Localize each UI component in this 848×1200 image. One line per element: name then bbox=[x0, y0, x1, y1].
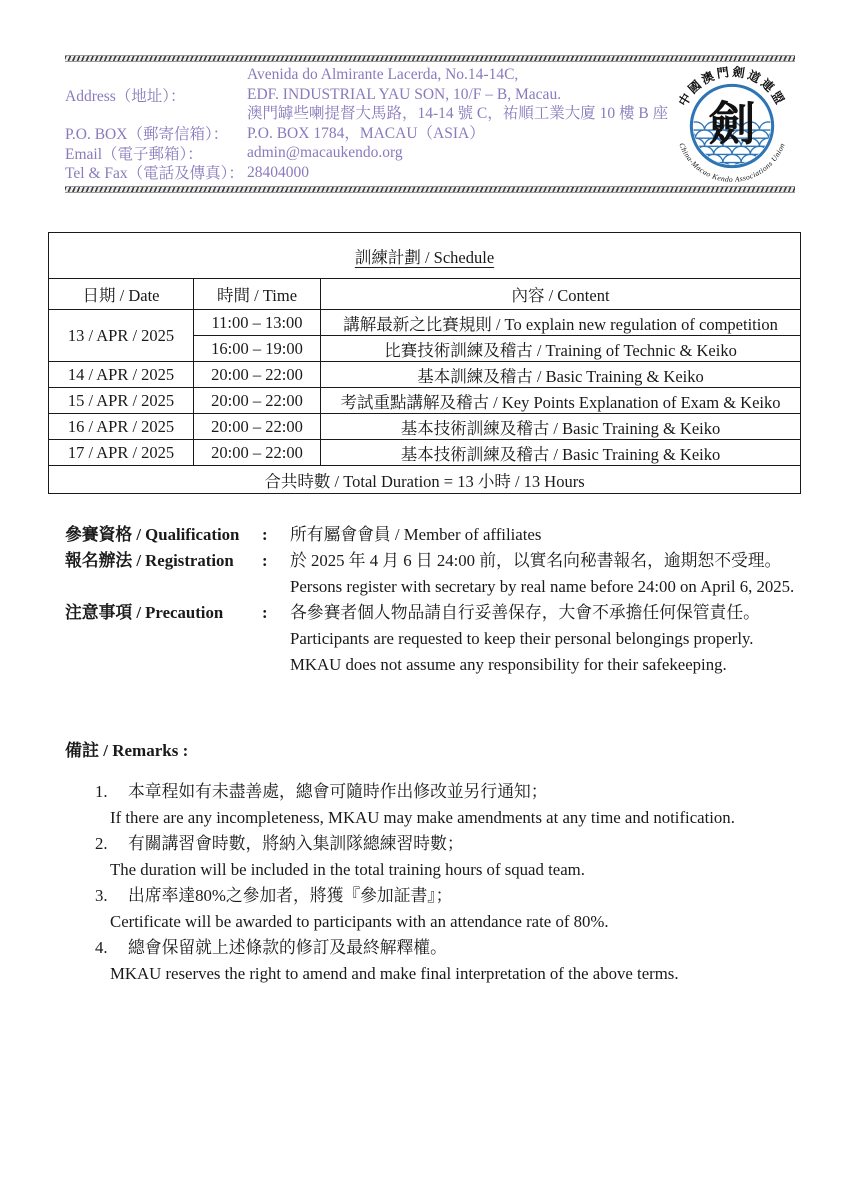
colon: : bbox=[262, 548, 290, 574]
schedule-title-row: 訓練計劃 / Schedule bbox=[49, 233, 801, 279]
schedule-title: 訓練計劃 / Schedule bbox=[49, 233, 801, 279]
remark-zh-text: 有關講習會時數，將納入集訓隊總練習時數； bbox=[128, 834, 464, 853]
kendo-union-logo-icon: 劍 中國澳門劍道連盟 China-Macao Kendo Association… bbox=[669, 63, 795, 189]
precaution-label: 注意事項 / Precaution bbox=[65, 600, 262, 626]
schedule-title-text: 訓練計劃 / Schedule bbox=[355, 248, 494, 267]
remark-en-text: Certificate will be awarded to participa… bbox=[110, 909, 848, 935]
remark-en-text: MKAU reserves the right to amend and mak… bbox=[110, 961, 848, 987]
schedule-total-row: 合共時數 / Total Duration = 13 小時 / 13 Hours bbox=[49, 466, 801, 494]
cell-time: 20:00 – 22:00 bbox=[194, 414, 321, 440]
cell-date: 13 / APR / 2025 bbox=[49, 310, 194, 362]
qualification-label: 參賽資格 / Qualification bbox=[65, 522, 262, 548]
cell-date: 17 / APR / 2025 bbox=[49, 440, 194, 466]
info-section: 參賽資格 / Qualification : 所有屬會會員 / Member o… bbox=[65, 522, 848, 678]
cell-content: 基本訓練及稽古 / Basic Training & Keiko bbox=[321, 362, 801, 388]
pobox-label: P.O. BOX（郵寄信箱）： bbox=[65, 122, 228, 144]
header-content: 內容 / Content bbox=[321, 279, 801, 310]
cell-time: 20:00 – 22:00 bbox=[194, 362, 321, 388]
logo-center-glyph: 劍 bbox=[709, 99, 756, 151]
header-date: 日期 / Date bbox=[49, 279, 194, 310]
remark-number: 3. bbox=[95, 883, 128, 909]
qualification-line: 所有屬會會員 / Member of affiliates bbox=[290, 522, 541, 548]
list-item: 2.有關講習會時數，將納入集訓隊總練習時數； The duration will… bbox=[95, 831, 848, 883]
list-item: 4.總會保留就上述條款的修訂及最終解釋權。 MKAU reserves the … bbox=[95, 935, 848, 987]
registration-content: 於 2025 年 4 月 6 日 24:00 前，以實名向秘書報名，逾期恕不受理… bbox=[290, 548, 794, 600]
colon: : bbox=[262, 600, 290, 626]
registration-line-zh: 於 2025 年 4 月 6 日 24:00 前，以實名向秘書報名，逾期恕不受理… bbox=[290, 548, 794, 574]
remark-number: 2. bbox=[95, 831, 128, 857]
precaution-row: 注意事項 / Precaution : 各參賽者個人物品請自行妥善保存，大會不承… bbox=[65, 600, 848, 678]
cell-content: 考試重點講解及稽古 / Key Points Explanation of Ex… bbox=[321, 388, 801, 414]
qualification-content: 所有屬會會員 / Member of affiliates bbox=[290, 522, 541, 548]
table-row: 16 / APR / 2025 20:00 – 22:00 基本技術訓練及稽古 … bbox=[49, 414, 801, 440]
remarks-heading: 備註 / Remarks : bbox=[65, 736, 848, 761]
table-row: 13 / APR / 2025 11:00 – 13:00 講解最新之比賽規則 … bbox=[49, 310, 801, 336]
header-time: 時間 / Time bbox=[194, 279, 321, 310]
address-label: Address（地址）： bbox=[65, 84, 186, 106]
cell-date: 15 / APR / 2025 bbox=[49, 388, 194, 414]
remarks-list: 1.本章程如有未盡善處，總會可隨時作出修改並另行通知； If there are… bbox=[95, 779, 848, 987]
letterhead: Address（地址）： P.O. BOX（郵寄信箱）： Email（電子郵箱）… bbox=[65, 55, 795, 193]
remark-zh-text: 總會保留就上述條款的修訂及最終解釋權。 bbox=[128, 938, 447, 957]
table-row: 15 / APR / 2025 20:00 – 22:00 考試重點講解及稽古 … bbox=[49, 388, 801, 414]
cell-time: 20:00 – 22:00 bbox=[194, 440, 321, 466]
cell-date: 16 / APR / 2025 bbox=[49, 414, 194, 440]
cell-content: 基本技術訓練及稽古 / Basic Training & Keiko bbox=[321, 414, 801, 440]
cell-date: 14 / APR / 2025 bbox=[49, 362, 194, 388]
list-item: 1.本章程如有未盡善處，總會可隨時作出修改並另行通知； If there are… bbox=[95, 779, 848, 831]
cell-time: 20:00 – 22:00 bbox=[194, 388, 321, 414]
cell-content: 講解最新之比賽規則 / To explain new regulation of… bbox=[321, 310, 801, 336]
list-item: 3.出席率達80%之參加者，將獲『參加証書』； Certificate will… bbox=[95, 883, 848, 935]
remark-en-text: If there are any incompleteness, MKAU ma… bbox=[110, 805, 848, 831]
remark-zh-text: 本章程如有未盡善處，總會可隨時作出修改並另行通知； bbox=[128, 782, 548, 801]
table-row: 17 / APR / 2025 20:00 – 22:00 基本技術訓練及稽古 … bbox=[49, 440, 801, 466]
schedule-header-row: 日期 / Date 時間 / Time 內容 / Content bbox=[49, 279, 801, 310]
letterhead-top-border bbox=[65, 55, 795, 62]
schedule-table: 訓練計劃 / Schedule 日期 / Date 時間 / Time 內容 /… bbox=[48, 232, 801, 494]
cell-time: 11:00 – 13:00 bbox=[194, 310, 321, 336]
remark-number: 1. bbox=[95, 779, 128, 805]
precaution-line-en1: Participants are requested to keep their… bbox=[290, 626, 760, 652]
cell-content: 基本技術訓練及稽古 / Basic Training & Keiko bbox=[321, 440, 801, 466]
telfax-label: Tel & Fax（電話及傳真）： bbox=[65, 161, 244, 183]
qualification-row: 參賽資格 / Qualification : 所有屬會會員 / Member o… bbox=[65, 522, 848, 548]
registration-row: 報名辦法 / Registration : 於 2025 年 4 月 6 日 2… bbox=[65, 548, 848, 600]
remark-en-text: The duration will be included in the tot… bbox=[110, 857, 848, 883]
remark-number: 4. bbox=[95, 935, 128, 961]
registration-line-en: Persons register with secretary by real … bbox=[290, 574, 794, 600]
colon: : bbox=[262, 522, 290, 548]
cell-time: 16:00 – 19:00 bbox=[194, 336, 321, 362]
precaution-line-zh: 各參賽者個人物品請自行妥善保存，大會不承擔任何保管責任。 bbox=[290, 600, 760, 626]
remark-zh-text: 出席率達80%之參加者，將獲『參加証書』； bbox=[128, 886, 452, 905]
cell-content: 比賽技術訓練及稽古 / Training of Technic & Keiko bbox=[321, 336, 801, 362]
total-duration: 合共時數 / Total Duration = 13 小時 / 13 Hours bbox=[49, 466, 801, 494]
precaution-line-en2: MKAU does not assume any responsibility … bbox=[290, 652, 760, 678]
registration-label: 報名辦法 / Registration bbox=[65, 548, 262, 574]
table-row: 14 / APR / 2025 20:00 – 22:00 基本訓練及稽古 / … bbox=[49, 362, 801, 388]
precaution-content: 各參賽者個人物品請自行妥善保存，大會不承擔任何保管責任。 Participant… bbox=[290, 600, 760, 678]
